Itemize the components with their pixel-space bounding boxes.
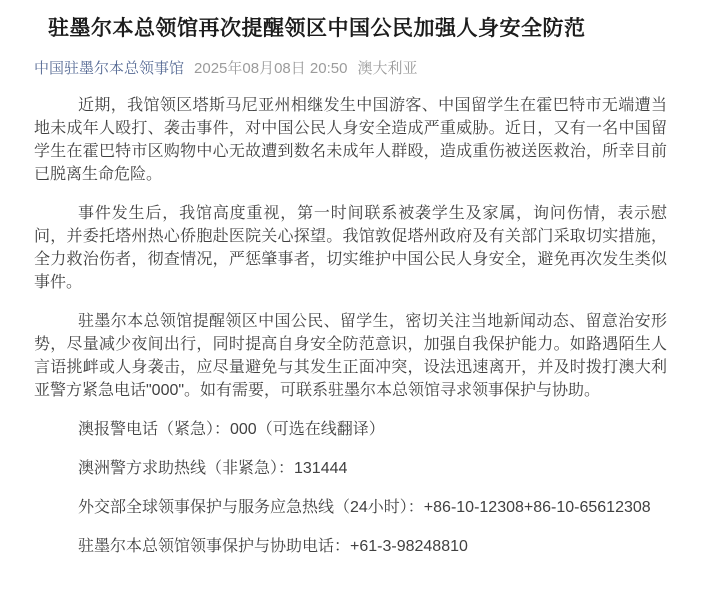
- publish-location: 澳大利亚: [357, 57, 417, 78]
- paragraph-incident: 近期，我馆领区塔斯马尼亚州相继发生中国游客、中国留学生在霍巴特市无端遭当地未成年…: [34, 94, 667, 186]
- paragraph-response: 事件发生后，我馆高度重视，第一时间联系被袭学生及家属，询问伤情，表示慰问，并委托…: [34, 202, 667, 294]
- article-body: 近期，我馆领区塔斯马尼亚州相继发生中国游客、中国留学生在霍巴特市无端遭当地未成年…: [34, 94, 667, 558]
- article-meta: 中国驻墨尔本总领事馆 2025年08月08日 20:50 澳大利亚: [34, 57, 667, 78]
- publish-datetime: 2025年08月08日 20:50: [194, 57, 347, 78]
- hotline-police-nonemergency: 澳洲警方求助热线（非紧急）：131444: [34, 457, 667, 480]
- article-page: 驻墨尔本总领馆再次提醒领区中国公民加强人身安全防范 中国驻墨尔本总领事馆 202…: [0, 0, 701, 599]
- hotline-police-emergency: 澳报警电话（紧急）：000（可选在线翻译）: [34, 418, 667, 441]
- hotline-mfa-global: 外交部全球领事保护与服务应急热线（24小时）：+86-10-12308+86-1…: [34, 496, 667, 519]
- paragraph-advice: 驻墨尔本总领馆提醒领区中国公民、留学生，密切关注当地新闻动态、留意治安形势，尽量…: [34, 310, 667, 402]
- article-title: 驻墨尔本总领馆再次提醒领区中国公民加强人身安全防范: [48, 16, 667, 42]
- hotline-consulate: 驻墨尔本总领馆领事保护与协助电话：+61-3-98248810: [34, 535, 667, 558]
- account-name-link[interactable]: 中国驻墨尔本总领事馆: [34, 57, 184, 78]
